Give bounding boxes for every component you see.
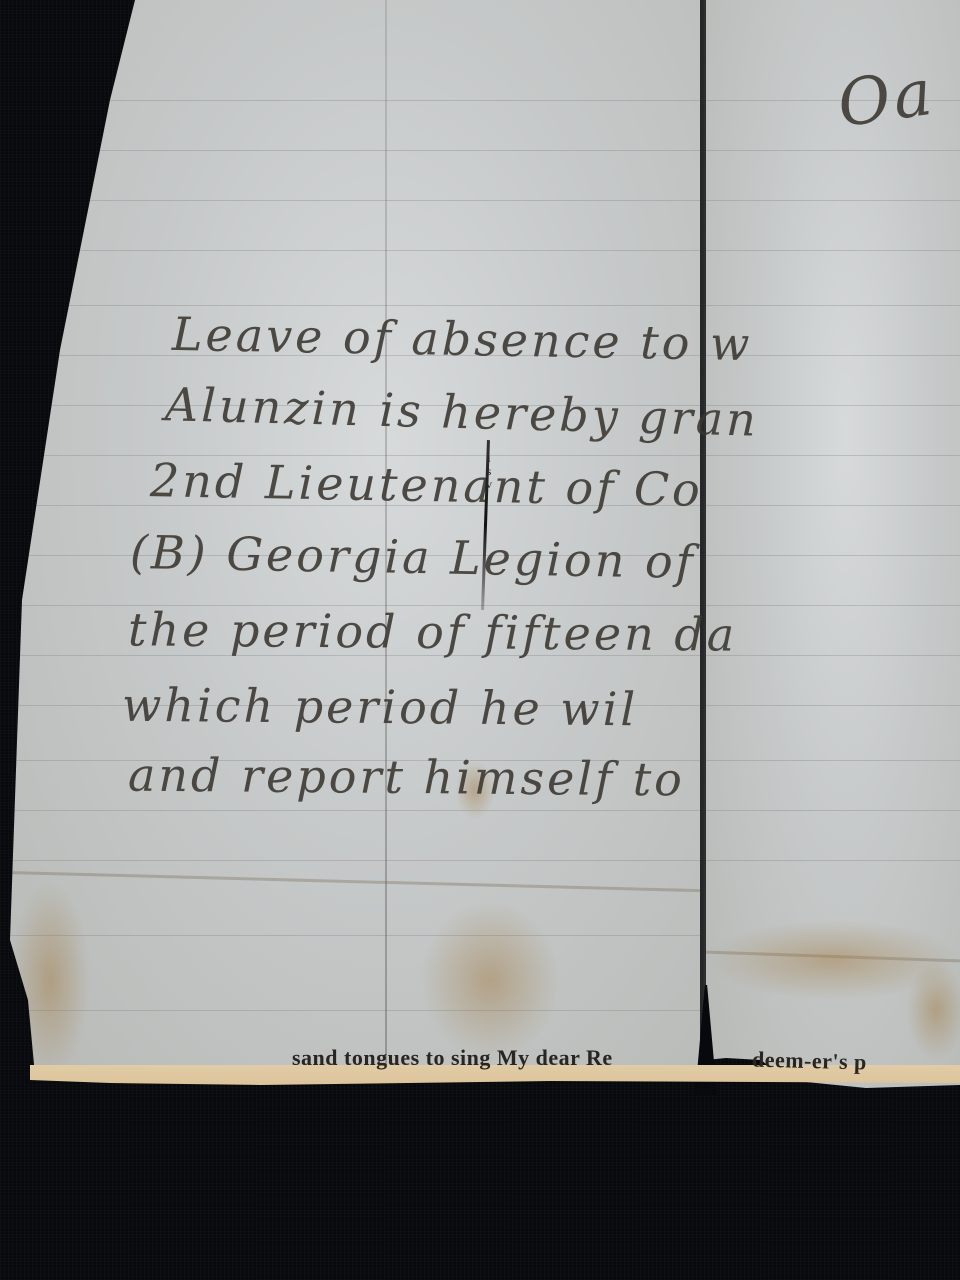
printed-text-left: sand tongues to sing My dear Re [292, 1045, 613, 1071]
ruled-line [706, 505, 960, 506]
tear-letter: v [486, 478, 492, 491]
handwritten-line-1: Leave of absence to w [172, 307, 753, 371]
ruled-line [706, 655, 960, 656]
handwritten-line-4: (B) Georgia Legion of [130, 525, 697, 589]
printed-text-right: deem-er's p [752, 1047, 868, 1076]
handwritten-line-5: the period of fifteen da [128, 602, 738, 661]
sheet-split-edge [700, 0, 706, 1090]
letter-sheet-right [706, 0, 960, 1090]
rust-stain [420, 900, 560, 1060]
ruled-line [706, 705, 960, 706]
ruled-line [0, 810, 700, 811]
ruled-line [706, 760, 960, 761]
ruled-line [0, 305, 700, 306]
tear-print-letters: i s v [486, 452, 492, 491]
ruled-line [706, 810, 960, 811]
ruled-line [706, 860, 960, 861]
ruled-line [0, 150, 700, 151]
ruled-line [706, 555, 960, 556]
edge-stain [906, 960, 960, 1060]
handwritten-line-7: and report himself to [128, 748, 685, 807]
handwritten-line-6: which period he wil [122, 678, 639, 737]
ruled-line [706, 250, 960, 251]
ruled-line [0, 860, 700, 861]
ruled-line [0, 200, 700, 201]
ruled-line [0, 1010, 700, 1011]
ruled-line [706, 150, 960, 151]
ruled-line [706, 305, 960, 306]
ruled-line [706, 455, 960, 456]
ruled-line [706, 200, 960, 201]
handwritten-line-3: 2nd Lieutenant of Co [150, 453, 704, 517]
ruled-line [706, 605, 960, 606]
ruled-line [0, 250, 700, 251]
ruled-line [0, 935, 700, 936]
handwritten-heading-fragment: Oa [833, 56, 939, 143]
fold-crease-horizontal [0, 871, 700, 892]
